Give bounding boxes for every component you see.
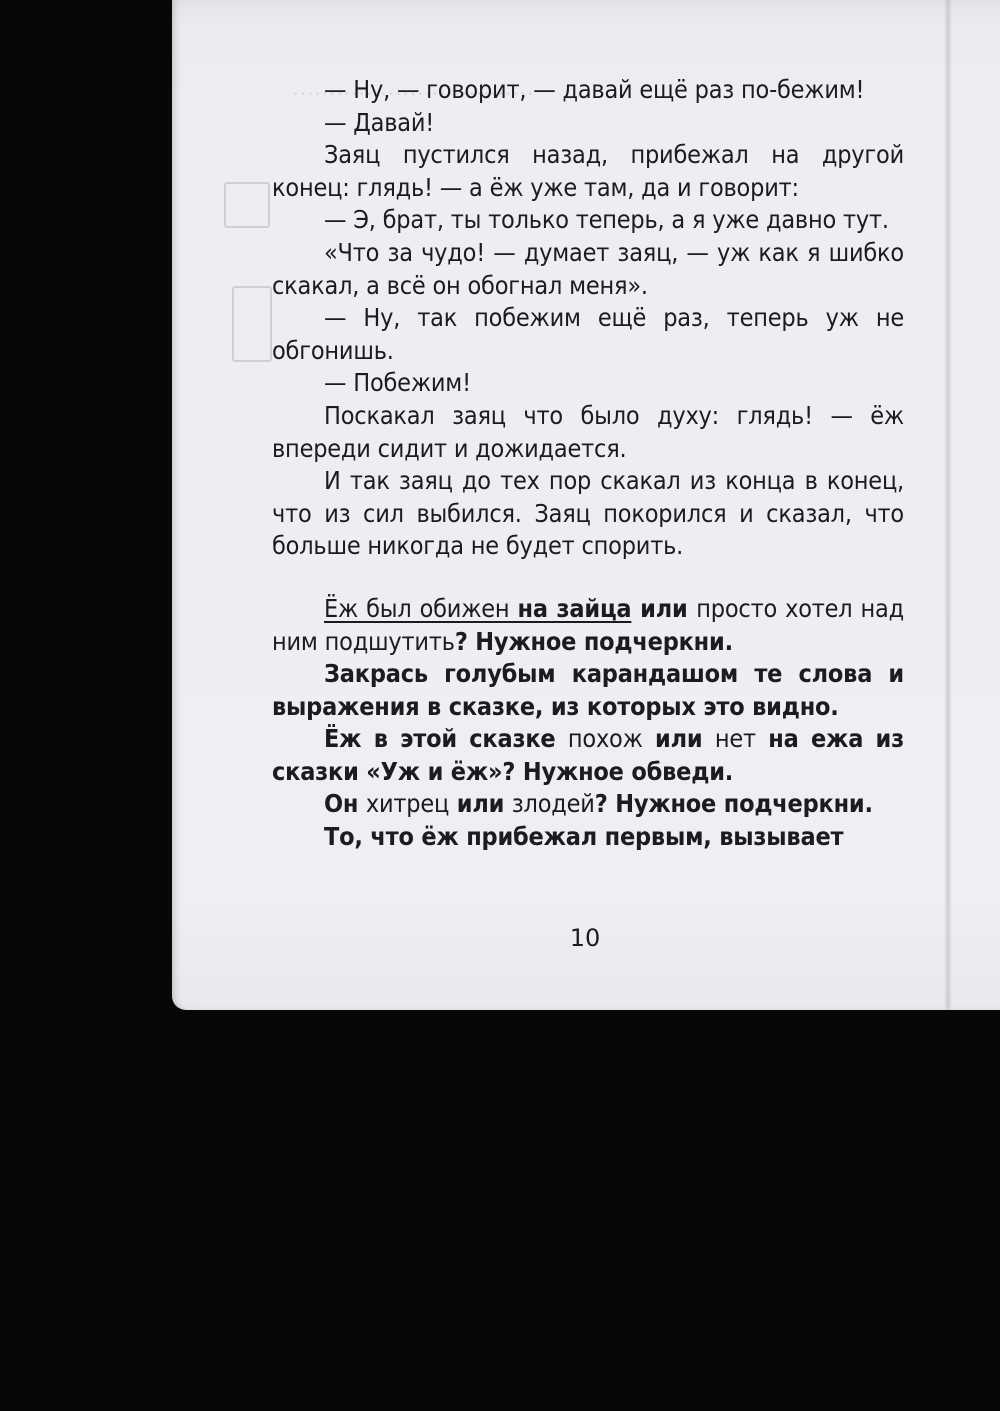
task-question: То, что ёж прибежал первым, вызывает: [272, 821, 904, 854]
task-question: Ёж в этой сказке похож или нет на ежа из…: [272, 723, 904, 788]
story-paragraph: И так заяц до тех пор скакал из конца в …: [272, 465, 904, 563]
text-segment: «Что за чудо! — думает заяц, — уж как я …: [272, 238, 904, 300]
text-segment: — Ну, — говорит, — давай ещё раз по-бежи…: [324, 75, 864, 104]
text-segment: ? Нужное подчеркни.: [455, 627, 733, 656]
text-segment: Заяц пустился назад, прибежал на другой …: [272, 140, 904, 202]
text-segment: хитрец: [366, 789, 449, 818]
page-reference-icon: [232, 286, 272, 362]
story-paragraph: «Что за чудо! — думает заяц, — уж как я …: [272, 237, 904, 302]
text-segment: нет: [715, 724, 756, 753]
text-segment: Закрась голубым карандашом те слова и вы…: [272, 659, 904, 721]
story-paragraph: — Э, брат, ты только теперь, а я уже дав…: [272, 204, 904, 237]
story-paragraph: — Побежим!: [272, 367, 904, 400]
text-segment: ? Нужное подчеркни.: [595, 789, 873, 818]
text-segment: — Э, брат, ты только теперь, а я уже дав…: [324, 205, 889, 234]
text-segment: или: [449, 789, 512, 818]
text-segment: Поскакал заяц что было духу: глядь! — ёж…: [272, 401, 904, 463]
text-segment: И так заяц до тех пор скакал из конца в …: [272, 466, 904, 560]
page-number: 10: [560, 924, 610, 952]
story-paragraph: — Ну, так побежим ещё раз, теперь уж не …: [272, 302, 904, 367]
text-segment: или: [643, 724, 715, 753]
text-segment: или: [631, 594, 696, 623]
story-paragraph: — Ну, — говорит, — давай ещё раз по-бежи…: [272, 74, 904, 107]
task-question: Он хитрец или злодей? Нужное подчеркни.: [272, 788, 904, 821]
book-icon: [224, 182, 270, 228]
story-paragraph: Поскакал заяц что было духу: глядь! — ёж…: [272, 400, 904, 465]
text-segment: Ёж в этой сказке: [324, 724, 568, 753]
text-segment: злодей: [512, 789, 595, 818]
task-question: Закрась голубым карандашом те слова и вы…: [272, 658, 904, 723]
text-segment: То, что ёж прибежал первым, вызывает: [324, 822, 843, 851]
task-question: Ёж был обижен на зайца или просто хотел …: [272, 593, 904, 658]
story-text: — Ну, — говорит, — давай ещё раз по-бежи…: [272, 74, 904, 854]
text-segment: Он: [324, 789, 366, 818]
text-segment: — Побежим!: [324, 368, 471, 397]
underlined-answer: на зайца: [518, 594, 632, 623]
text-segment: похож: [568, 724, 643, 753]
text-segment: — Давай!: [324, 108, 434, 137]
text-segment: — Ну, так побежим ещё раз, теперь уж не …: [272, 303, 904, 365]
story-paragraph: Заяц пустился назад, прибежал на другой …: [272, 139, 904, 204]
story-paragraph: — Давай!: [272, 107, 904, 140]
underlined-answer: Ёж был обижен: [324, 594, 518, 623]
